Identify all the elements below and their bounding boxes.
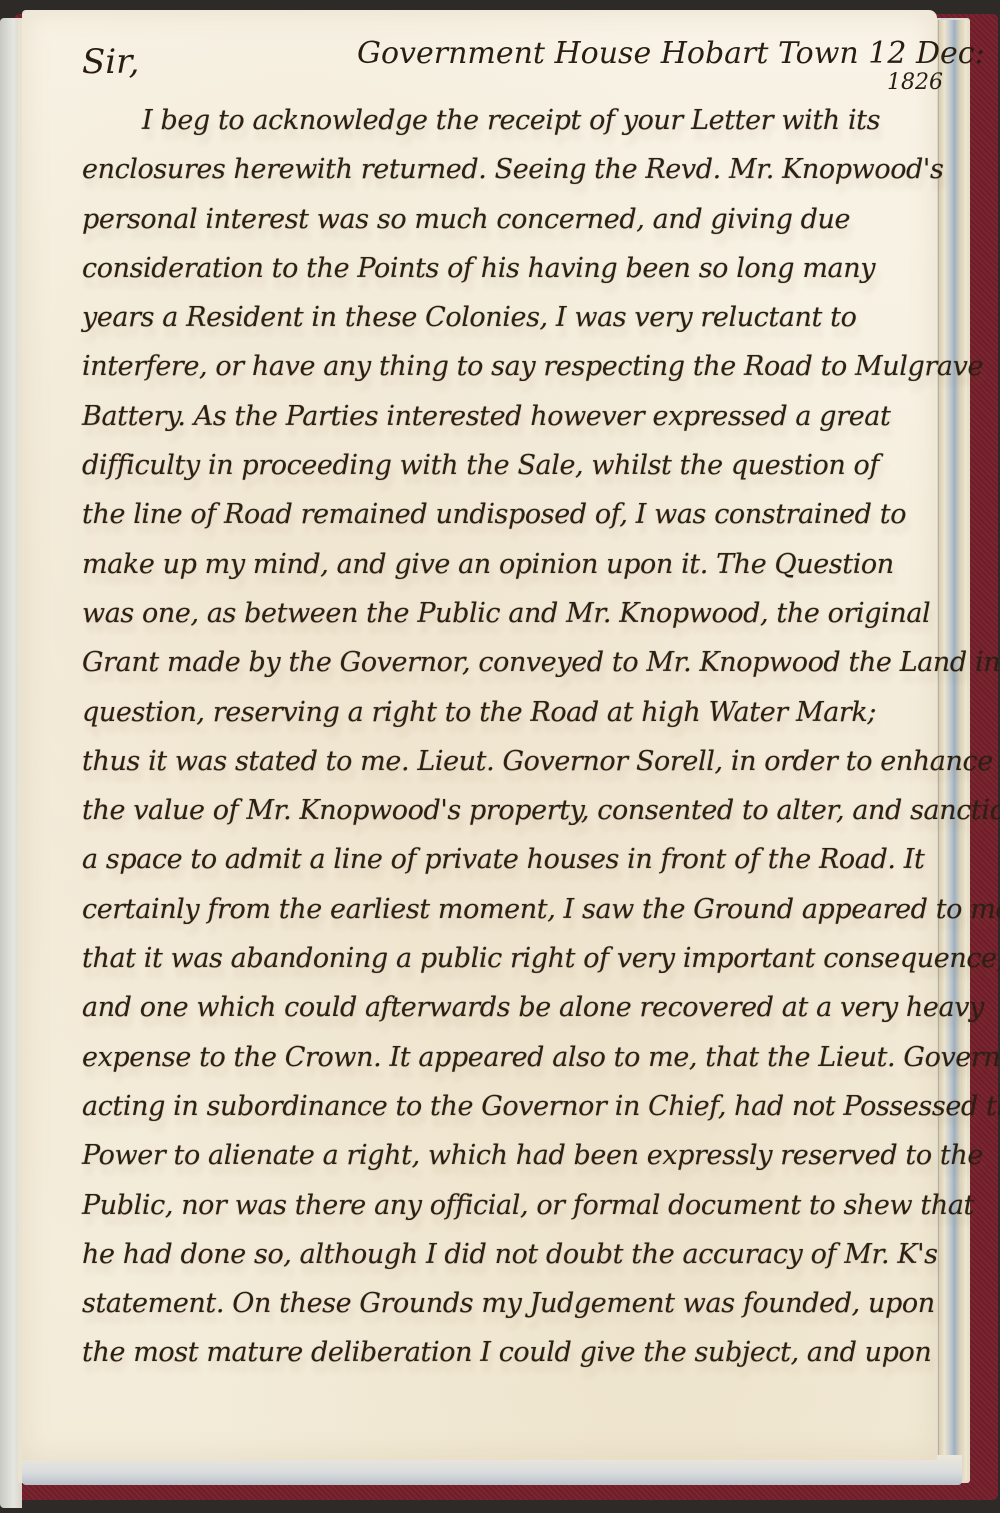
text-line: Power to alienate a right, which had bee… (82, 1131, 962, 1180)
text-line: consideration to the Points of his havin… (82, 244, 962, 293)
text-line: a space to admit a line of private house… (82, 835, 962, 884)
text-line: certainly from the earliest moment, I sa… (82, 885, 962, 934)
text-line: and one which could afterwards be alone … (82, 983, 962, 1032)
text-line: thus it was stated to me. Lieut. Governo… (82, 737, 962, 786)
manuscript-page: Sir, Government House Hobart Town 12 Dec… (22, 10, 937, 1460)
text-line: the most mature deliberation I could giv… (82, 1328, 962, 1377)
text-line: he had done so, although I did not doubt… (82, 1230, 962, 1279)
text-line: statement. On these Grounds my Judgement… (82, 1279, 962, 1328)
text-line: the line of Road remained undisposed of,… (82, 490, 962, 539)
dateline: Government House Hobart Town 12 Dec: (357, 36, 985, 71)
text-line: years a Resident in these Colonies, I wa… (82, 293, 962, 342)
text-line: was one, as between the Public and Mr. K… (82, 589, 962, 638)
letter-heading: Sir, Government House Hobart Town 12 Dec… (82, 28, 962, 96)
text-line: Battery. As the Parties interested howev… (82, 392, 962, 441)
text-line: question, reserving a right to the Road … (82, 688, 962, 737)
text-line: expense to the Crown. It appeared also t… (82, 1033, 962, 1082)
text-line: that it was abandoning a public right of… (82, 934, 962, 983)
salutation: Sir, (82, 42, 140, 82)
date-year: 1826 (887, 70, 943, 95)
text-line: Grant made by the Governor, conveyed to … (82, 638, 962, 687)
text-line: I beg to acknowledge the receipt of your… (82, 96, 962, 145)
text-line: Public, nor was there any official, or f… (82, 1181, 962, 1230)
text-line: personal interest was so much concerned,… (82, 195, 962, 244)
text-line: difficulty in proceeding with the Sale, … (82, 441, 962, 490)
text-line: the value of Mr. Knopwood's property, co… (82, 786, 962, 835)
text-line: acting in subordinance to the Governor i… (82, 1082, 962, 1131)
text-line: interfere, or have any thing to say resp… (82, 342, 962, 391)
text-line: make up my mind, and give an opinion upo… (82, 540, 962, 589)
text-line: enclosures herewith returned. Seeing the… (82, 145, 962, 194)
letter-body: Sir, Government House Hobart Town 12 Dec… (82, 28, 962, 1378)
